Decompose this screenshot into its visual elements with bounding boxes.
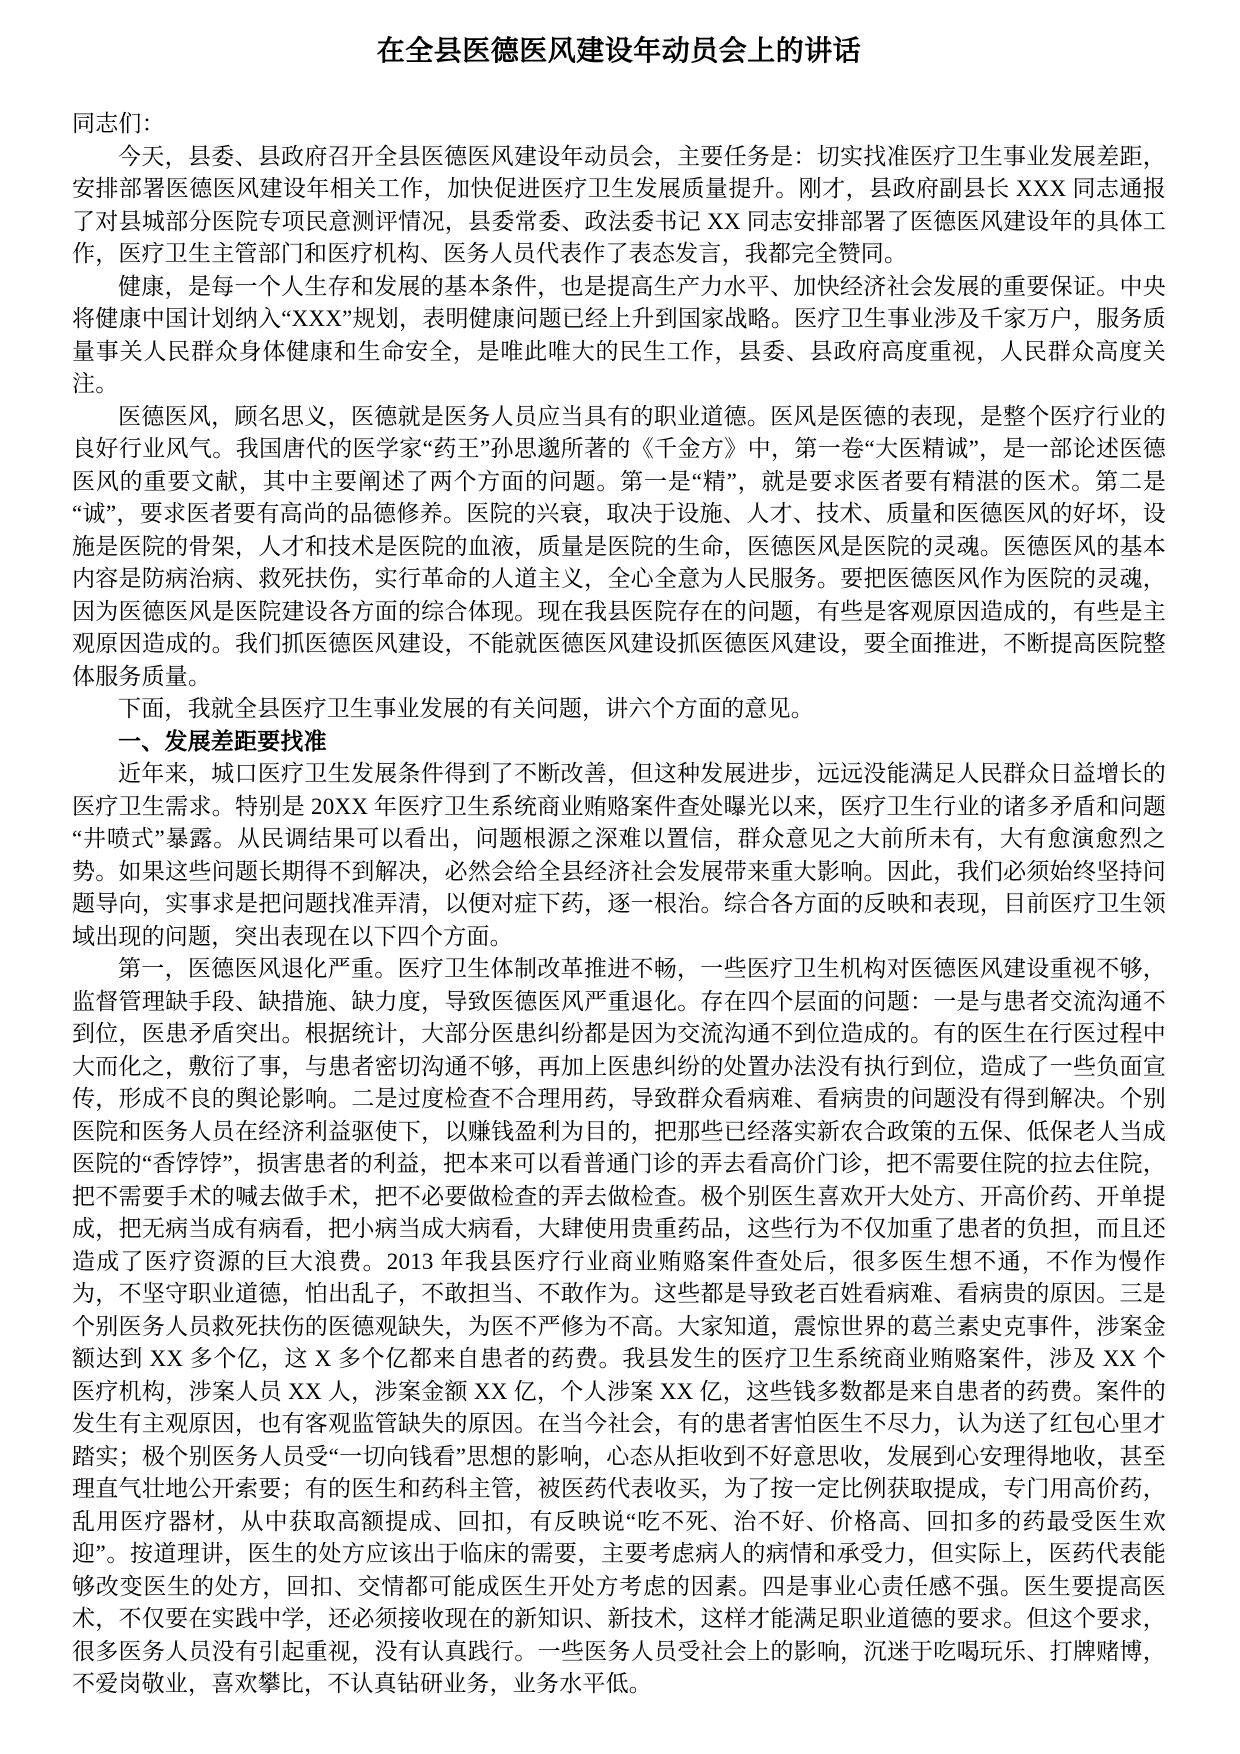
salutation: 同志们：: [72, 108, 1166, 141]
document-body: 同志们： 今天，县委、县政府召开全县医德医风建设年动员会，主要任务是：切实找准医…: [72, 108, 1166, 1701]
document-page: 在全县医德医风建设年动员会上的讲话 同志们： 今天，县委、县政府召开全县医德医风…: [0, 0, 1240, 1754]
paragraph-transition: 下面，我就全县医疗卫生事业发展的有关问题，讲六个方面的意见。: [72, 693, 1166, 726]
section-1-paragraph-problems: 第一，医德医风退化严重。医疗卫生体制改革推进不畅，一些医疗卫生机构对医德医风建设…: [72, 953, 1166, 1701]
document-title: 在全县医德医风建设年动员会上的讲话: [72, 34, 1166, 70]
section-1-heading: 一、发展差距要找准: [72, 726, 1166, 759]
paragraph-health-importance: 健康，是每一个人生存和发展的基本条件，也是提高生产力水平、加快经济社会发展的重要…: [72, 271, 1166, 401]
paragraph-medical-ethics-definition: 医德医风，顾名思义，医德就是医务人员应当具有的职业道德。医风是医德的表现，是整个…: [72, 401, 1166, 694]
paragraph-opening: 今天，县委、县政府召开全县医德医风建设年动员会，主要任务是：切实找准医疗卫生事业…: [72, 141, 1166, 271]
section-1-paragraph-overview: 近年来，城口医疗卫生发展条件得到了不断改善，但这种发展进步，远远没能满足人民群众…: [72, 758, 1166, 953]
